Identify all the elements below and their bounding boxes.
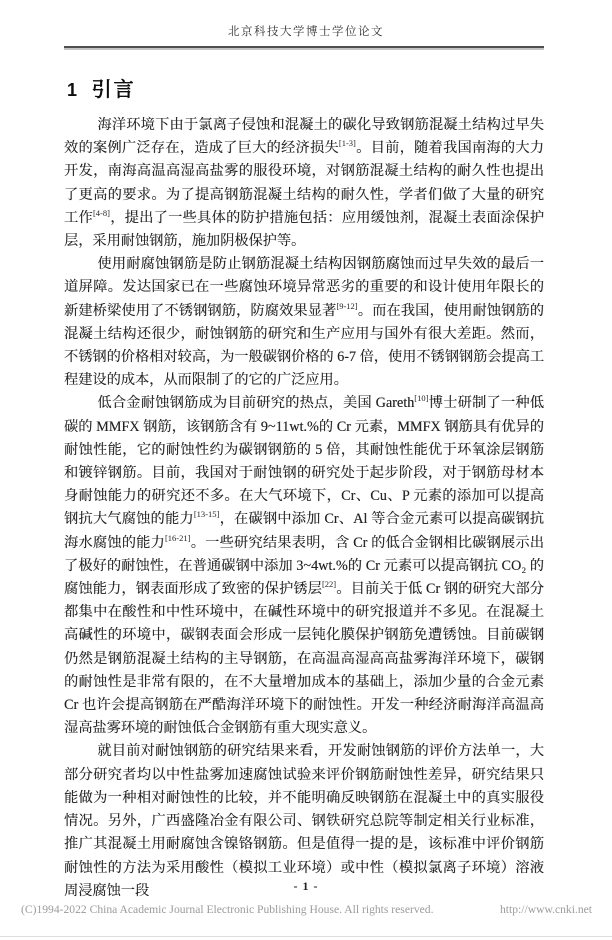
body-paragraphs: 海洋环境下由于氯离子侵蚀和混凝土的碳化导致钢筋混凝土结构过早失效的案例广泛存在，… xyxy=(64,114,544,903)
paragraph-text: 。目前关于低 Cr 钢的研究大部分都集中在酸性和中性环境中，在碱性环境中的研究报… xyxy=(64,581,544,736)
paragraph-text: 就目前对耐蚀钢筋的研究结果来看，开发耐蚀钢筋的评价方法单一，大部分研究者均以中性… xyxy=(64,743,544,898)
section-heading: 1 引言 xyxy=(67,73,136,102)
paragraph-text: 博士研制了一种低碳的 MMFX 钢筋，该钢筋含有 9~11wt.%的 Cr 元素… xyxy=(64,395,544,527)
citation-ref: [4-8] xyxy=(93,208,110,218)
citation-ref: [13-15] xyxy=(194,509,220,519)
bottom-edge-line xyxy=(0,936,612,937)
header-title: 北京科技大学博士学位论文 xyxy=(0,23,612,39)
citation-ref: [10] xyxy=(414,393,428,403)
citation-ref: [9-12] xyxy=(336,301,357,311)
paragraph-text: 低合金耐蚀钢筋成为目前研究的热点，美国 Gareth xyxy=(97,395,414,411)
section-number: 1 xyxy=(67,80,77,100)
footer-copyright: (C)1994-2022 China Academic Journal Elec… xyxy=(21,903,433,916)
citation-ref: [22] xyxy=(322,579,336,589)
paragraph: 低合金耐蚀钢筋成为目前研究的热点，美国 Gareth[10]博士研制了一种低碳的… xyxy=(64,392,544,740)
citation-ref: [16-21] xyxy=(165,533,191,543)
paragraph: 海洋环境下由于氯离子侵蚀和混凝土的碳化导致钢筋混凝土结构过早失效的案例广泛存在，… xyxy=(64,114,544,253)
header-rule xyxy=(64,46,544,48)
page-footer: (C)1994-2022 China Academic Journal Elec… xyxy=(21,903,592,916)
citation-ref: [1-3] xyxy=(339,138,356,148)
thesis-page: 北京科技大学博士学位论文 1 引言 海洋环境下由于氯离子侵蚀和混凝土的碳化导致钢… xyxy=(0,0,612,940)
page-number: - 1 - xyxy=(0,879,612,894)
paragraph: 使用耐腐蚀钢筋是防止钢筋混凝土结构因钢筋腐蚀而过早失效的最后一道屏障。发达国家已… xyxy=(64,253,544,392)
section-title: 引言 xyxy=(92,79,136,101)
footer-url: http://www.cnki.net xyxy=(500,903,592,916)
paragraph-text: ，提出了一些具体的防护措施包括：应用缓蚀剂，混凝土表面涂保护层，采用耐蚀钢筋，施… xyxy=(64,210,544,249)
